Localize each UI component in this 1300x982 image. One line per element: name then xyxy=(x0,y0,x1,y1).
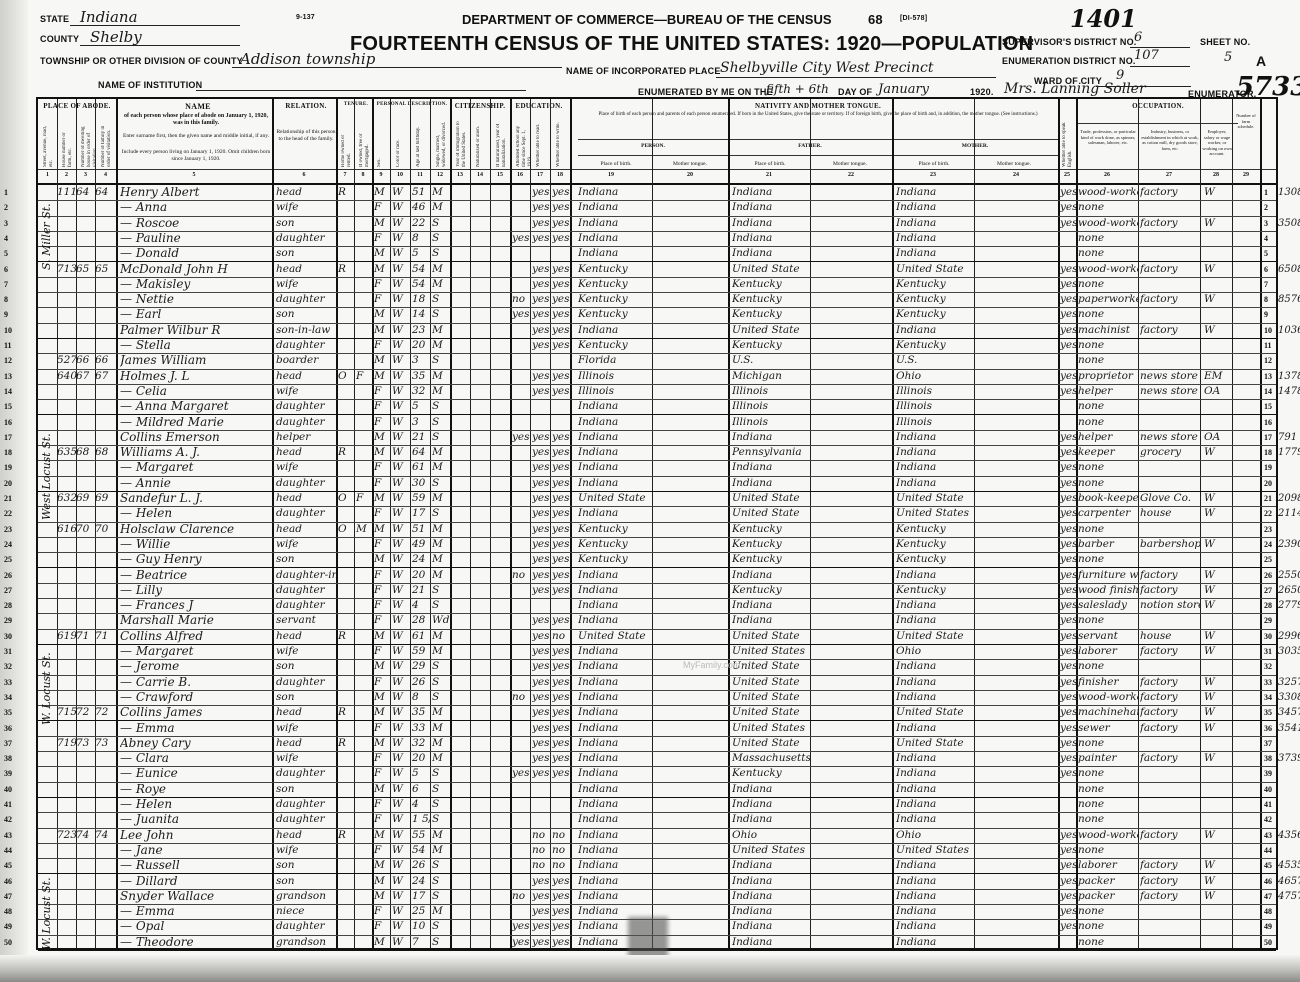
marital-status: M xyxy=(432,736,450,751)
ed-label: ENUMERATION DISTRICT NO. xyxy=(1002,56,1136,66)
mortgage xyxy=(356,185,372,200)
township-label: TOWNSHIP OR OTHER DIVISION OF COUNTY xyxy=(40,56,243,66)
race: W xyxy=(392,537,410,552)
can-write: yes xyxy=(552,583,570,598)
industry xyxy=(1140,338,1200,353)
mother-birthplace: Indiana xyxy=(896,659,974,674)
worker-class xyxy=(1204,552,1232,567)
table-row: — MargaretwifeFW59MyesyesIndianaUnited S… xyxy=(38,644,1276,660)
house-number xyxy=(57,307,76,322)
mother-birthplace: United State xyxy=(896,705,974,720)
house-number xyxy=(57,200,76,215)
mother-birthplace: Indiana xyxy=(896,782,974,797)
dwelling-number xyxy=(76,659,95,674)
family-number xyxy=(95,430,116,445)
relation: son xyxy=(276,690,336,705)
table-row: 7197373Abney CaryheadRMW32MyesyesIndiana… xyxy=(38,736,1276,752)
speaks-english: yes xyxy=(1060,445,1076,460)
mother-birthplace: Kentucky xyxy=(896,537,974,552)
trade: carpenter xyxy=(1078,506,1138,521)
marital-status: S xyxy=(432,231,450,246)
trade: paperworker xyxy=(1078,292,1138,307)
line-number-left: 6 xyxy=(4,265,8,274)
father-birthplace: Ohio xyxy=(732,828,810,843)
mortgage xyxy=(356,797,372,812)
father-birthplace: Indiana xyxy=(732,889,810,904)
father-birth-header: Place of birth. xyxy=(730,161,810,168)
department-title: DEPARTMENT OF COMMERCE—BUREAU OF THE CEN… xyxy=(462,12,832,27)
mortgage xyxy=(356,583,372,598)
industry xyxy=(1140,782,1200,797)
person-name: — Frances J xyxy=(120,598,272,613)
age: 46 xyxy=(412,200,430,215)
age: 3 xyxy=(412,353,430,368)
mother-birthplace: Indiana xyxy=(896,430,974,445)
speaks-english: yes xyxy=(1060,292,1076,307)
birthplace: Indiana xyxy=(578,659,652,674)
school-attendance xyxy=(512,460,530,475)
race: W xyxy=(392,919,410,934)
line-number: 13 xyxy=(1264,372,1272,381)
group-name: NAME xyxy=(128,102,268,111)
relation: head xyxy=(276,522,336,537)
column-number: 4 xyxy=(95,172,116,178)
age: 8 xyxy=(412,231,430,246)
race: W xyxy=(392,568,410,583)
person-name: Marshall Marie xyxy=(120,613,272,628)
can-read: yes xyxy=(532,200,550,215)
birthplace: Indiana xyxy=(578,766,652,781)
relation: daughter xyxy=(276,797,336,812)
birthplace: United State xyxy=(578,491,652,506)
family-number xyxy=(95,858,116,873)
family-number xyxy=(95,216,116,231)
form-number: 9-137 xyxy=(296,14,315,21)
table-row: Collins EmersonhelperMW21SyesyesyesIndia… xyxy=(38,430,1276,446)
marital-status: S xyxy=(432,889,450,904)
birthplace: Indiana xyxy=(578,583,652,598)
occupation-code xyxy=(1278,522,1300,537)
trade: none xyxy=(1078,399,1138,414)
worker-class xyxy=(1204,613,1232,628)
birthplace: United State xyxy=(578,629,652,644)
can-read: yes xyxy=(532,277,550,292)
can-write xyxy=(552,598,570,613)
trade: laborer xyxy=(1078,644,1138,659)
industry: news store xyxy=(1140,384,1200,399)
person-name: — Beatrice xyxy=(120,568,272,583)
can-write xyxy=(552,782,570,797)
column-header: If owned, free or mortgaged. xyxy=(359,121,371,167)
marital-status: M xyxy=(432,537,450,552)
line-number: 36 xyxy=(1264,724,1272,733)
can-write: yes xyxy=(552,537,570,552)
marital-status: S xyxy=(432,307,450,322)
race: W xyxy=(392,797,410,812)
person-tongue-header: Mother tongue. xyxy=(654,161,726,168)
worker-class xyxy=(1204,843,1232,858)
occupation-code: 3308 xyxy=(1278,690,1300,705)
person-name: — Mildred Marie xyxy=(120,415,272,430)
worker-class: EM xyxy=(1204,369,1232,384)
sex: M xyxy=(374,445,390,460)
birthplace: Florida xyxy=(578,353,652,368)
mother-tongue-header: Mother tongue. xyxy=(974,161,1054,168)
industry: factory xyxy=(1140,874,1200,889)
worker-class: W xyxy=(1204,629,1232,644)
occupation-code: 2098 xyxy=(1278,491,1300,506)
table-row: — NettiedaughterFW18SnoyesyesKentuckyKen… xyxy=(38,292,1276,308)
relation: daughter xyxy=(276,583,336,598)
line-number-left: 37 xyxy=(4,739,12,748)
family-number xyxy=(95,537,116,552)
sex: M xyxy=(374,782,390,797)
speaks-english: yes xyxy=(1060,506,1076,521)
county-label: COUNTY xyxy=(40,34,79,44)
dwelling-number: 67 xyxy=(76,369,95,384)
home-owned: R xyxy=(338,445,354,460)
industry xyxy=(1140,935,1200,950)
mortgage xyxy=(356,935,372,950)
home-owned xyxy=(338,675,354,690)
house-number: 719 xyxy=(57,736,76,751)
table-row: — AnnawifeFW46MyesyesIndianaIndianaIndia… xyxy=(38,200,1276,216)
line-number: 48 xyxy=(1264,907,1272,916)
worker-class: W xyxy=(1204,889,1232,904)
trade: none xyxy=(1078,200,1138,215)
age: 61 xyxy=(412,629,430,644)
dwelling-number xyxy=(76,231,95,246)
table-row: — RoscoesonMW22SyesyesIndianaIndianaIndi… xyxy=(38,216,1276,232)
race: W xyxy=(392,185,410,200)
speaks-english: yes xyxy=(1060,613,1076,628)
worker-class: OA xyxy=(1204,430,1232,445)
age: 20 xyxy=(412,568,430,583)
father-birthplace: Indiana xyxy=(732,200,810,215)
mortgage xyxy=(356,415,372,430)
marital-status: M xyxy=(432,369,450,384)
house-number xyxy=(57,598,76,613)
sex: M xyxy=(374,246,390,261)
can-write: yes xyxy=(552,231,570,246)
birthplace: Indiana xyxy=(578,828,652,843)
dwelling-number xyxy=(76,277,95,292)
sex: F xyxy=(374,506,390,521)
marital-status: S xyxy=(432,583,450,598)
can-write: yes xyxy=(552,644,570,659)
marital-status: M xyxy=(432,491,450,506)
line-number: 32 xyxy=(1264,662,1272,671)
sex: F xyxy=(374,292,390,307)
marital-status: M xyxy=(432,828,450,843)
person-name: Holmes J. L xyxy=(120,369,272,384)
marital-status: M xyxy=(432,384,450,399)
can-write: yes xyxy=(552,522,570,537)
trade: none xyxy=(1078,231,1138,246)
family-number: 71 xyxy=(95,629,116,644)
line-number-left: 50 xyxy=(4,938,12,947)
person-name: — Anna xyxy=(120,200,272,215)
father-birthplace: Kentucky xyxy=(732,583,810,598)
house-number xyxy=(57,583,76,598)
mortgage xyxy=(356,246,372,261)
worker-class: W xyxy=(1204,828,1232,843)
mortgage xyxy=(356,277,372,292)
age: 30 xyxy=(412,476,430,491)
can-read: yes xyxy=(532,705,550,720)
person-name: — Roscoe xyxy=(120,216,272,231)
line-number-left: 13 xyxy=(4,372,12,381)
can-read xyxy=(532,812,550,827)
birthplace: Indiana xyxy=(578,613,652,628)
occupation-code: 1036 xyxy=(1278,323,1300,338)
dwelling-number xyxy=(76,858,95,873)
school-attendance xyxy=(512,659,530,674)
school-attendance xyxy=(512,246,530,261)
relation: daughter xyxy=(276,598,336,613)
mother-birthplace: United State xyxy=(896,491,974,506)
occupation-code: 3035 xyxy=(1278,644,1300,659)
column-header: Number of dwelling house in order of vis… xyxy=(81,121,99,167)
race: W xyxy=(392,292,410,307)
column-number: 6 xyxy=(272,172,336,178)
sex: F xyxy=(374,812,390,827)
age: 17 xyxy=(412,506,430,521)
house-number xyxy=(57,460,76,475)
line-number-left: 14 xyxy=(4,387,12,396)
line-number-left: 40 xyxy=(4,785,12,794)
race: W xyxy=(392,399,410,414)
speaks-english: yes xyxy=(1060,828,1076,843)
table-row: — DillardsonMW24SyesyesIndianaIndianaInd… xyxy=(38,874,1276,890)
can-write: yes xyxy=(552,277,570,292)
line-number-left: 3 xyxy=(4,219,8,228)
race: W xyxy=(392,445,410,460)
age: 59 xyxy=(412,644,430,659)
occupation-code xyxy=(1278,338,1300,353)
birthplace: Indiana xyxy=(578,185,652,200)
birthplace: Indiana xyxy=(578,445,652,460)
dwelling-number xyxy=(76,415,95,430)
can-write: yes xyxy=(552,262,570,277)
mortgage xyxy=(356,445,372,460)
race: W xyxy=(392,506,410,521)
sex: M xyxy=(374,262,390,277)
speaks-english: yes xyxy=(1060,843,1076,858)
age: 20 xyxy=(412,751,430,766)
occupation-code xyxy=(1278,246,1300,261)
worker-class xyxy=(1204,476,1232,491)
home-owned xyxy=(338,506,354,521)
birthplace: Indiana xyxy=(578,415,652,430)
house-number xyxy=(57,537,76,552)
house-number: 723 xyxy=(57,828,76,843)
trade: none xyxy=(1078,338,1138,353)
line-number: 8 xyxy=(1264,295,1268,304)
home-owned: R xyxy=(338,262,354,277)
age: 28 xyxy=(412,613,430,628)
worker-class xyxy=(1204,338,1232,353)
sex: F xyxy=(374,766,390,781)
mother-birthplace: U.S. xyxy=(896,353,974,368)
person-name: — Dillard xyxy=(120,874,272,889)
speaks-english xyxy=(1060,399,1076,414)
occupation-code xyxy=(1278,782,1300,797)
dwelling-number xyxy=(76,644,95,659)
worker-class xyxy=(1204,399,1232,414)
relation: wife xyxy=(276,460,336,475)
census-sheet: STATE Indiana COUNTY Shelby TOWNSHIP OR … xyxy=(0,0,1300,982)
race: W xyxy=(392,338,410,353)
industry xyxy=(1140,231,1200,246)
group-citizenship: CITIZENSHIP. xyxy=(450,102,510,110)
person-name: — Russell xyxy=(120,858,272,873)
school-attendance xyxy=(512,200,530,215)
birthplace: Indiana xyxy=(578,736,652,751)
industry xyxy=(1140,307,1200,322)
line-number: 20 xyxy=(1264,479,1272,488)
industry: factory xyxy=(1140,828,1200,843)
age: 22 xyxy=(412,216,430,231)
person-name: — Margaret xyxy=(120,460,272,475)
race: W xyxy=(392,766,410,781)
dwelling-number xyxy=(76,675,95,690)
relation: wife xyxy=(276,384,336,399)
race: W xyxy=(392,491,410,506)
speaks-english xyxy=(1060,231,1076,246)
line-number: 46 xyxy=(1264,877,1272,886)
relation: daughter xyxy=(276,506,336,521)
industry xyxy=(1140,812,1200,827)
marital-status: M xyxy=(432,445,450,460)
worker-class xyxy=(1204,919,1232,934)
home-owned xyxy=(338,904,354,919)
mother-birthplace: Indiana xyxy=(896,812,974,827)
speaks-english: yes xyxy=(1060,522,1076,537)
family-number xyxy=(95,904,116,919)
family-number xyxy=(95,231,116,246)
line-number: 31 xyxy=(1264,647,1272,656)
speaks-english: yes xyxy=(1060,323,1076,338)
industry: factory xyxy=(1140,185,1200,200)
mortgage xyxy=(356,552,372,567)
trade: furniture worker xyxy=(1078,568,1138,583)
marital-status: M xyxy=(432,904,450,919)
age: 21 xyxy=(412,583,430,598)
dwelling-number: 73 xyxy=(76,736,95,751)
can-write: yes xyxy=(552,690,570,705)
line-number: 15 xyxy=(1264,402,1272,411)
dwelling-number xyxy=(76,935,95,950)
birthplace: Kentucky xyxy=(578,338,652,353)
table-row: — EunicedaughterFW5SyesyesyesIndianaKent… xyxy=(38,766,1276,782)
race: W xyxy=(392,353,410,368)
table-row: — Guy HenrysonMW24MyesyesKentuckyKentuck… xyxy=(38,552,1276,568)
sex: M xyxy=(374,736,390,751)
sex: M xyxy=(374,858,390,873)
father-birthplace: Indiana xyxy=(732,782,810,797)
house-number: 527 xyxy=(57,353,76,368)
father-birthplace: Kentucky xyxy=(732,307,810,322)
age: 55 xyxy=(412,828,430,843)
can-write xyxy=(552,246,570,261)
father-birthplace: Kentucky xyxy=(732,338,810,353)
dwelling-number xyxy=(76,583,95,598)
mortgage xyxy=(356,782,372,797)
dwelling-number xyxy=(76,797,95,812)
dwelling-number xyxy=(76,889,95,904)
person-name: — Helen xyxy=(120,797,272,812)
mortgage xyxy=(356,736,372,751)
line-number: 38 xyxy=(1264,754,1272,763)
sex: F xyxy=(374,644,390,659)
trade: proprietor xyxy=(1078,369,1138,384)
father-birthplace: United State xyxy=(732,323,810,338)
table-row: — EarlsonMW14SyesyesyesKentuckyKentuckyK… xyxy=(38,307,1276,323)
house-number xyxy=(57,613,76,628)
birthplace: Indiana xyxy=(578,705,652,720)
dwelling-number: 69 xyxy=(76,491,95,506)
race: W xyxy=(392,460,410,475)
occupation-code: 1308 xyxy=(1278,185,1300,200)
school-attendance xyxy=(512,828,530,843)
ward-value: 9 xyxy=(1116,68,1124,83)
age: 64 xyxy=(412,445,430,460)
marital-status: M xyxy=(432,751,450,766)
family-number xyxy=(95,797,116,812)
relation: wife xyxy=(276,843,336,858)
column-number: 22 xyxy=(810,172,892,178)
home-owned xyxy=(338,568,354,583)
school-attendance xyxy=(512,262,530,277)
column-header: Number of family in order of visitation. xyxy=(101,121,113,167)
relation: daughter xyxy=(276,919,336,934)
can-write: yes xyxy=(552,736,570,751)
dwelling-number xyxy=(76,216,95,231)
relation: daughter xyxy=(276,476,336,491)
speaks-english: yes xyxy=(1060,858,1076,873)
ed-underline xyxy=(1130,66,1190,67)
father-birthplace: Indiana xyxy=(732,246,810,261)
house-number xyxy=(57,506,76,521)
occupation-code: 4657 xyxy=(1278,874,1300,889)
dwelling-number xyxy=(76,384,95,399)
birthplace: Indiana xyxy=(578,399,652,414)
line-number-left: 48 xyxy=(4,907,12,916)
mortgage xyxy=(356,690,372,705)
farm-schedule-header: Number of farm schedule. xyxy=(1234,113,1258,130)
can-write: yes xyxy=(552,430,570,445)
family-number xyxy=(95,782,116,797)
dwelling-number xyxy=(76,430,95,445)
relation: daughter-in-law xyxy=(276,568,336,583)
home-owned xyxy=(338,858,354,873)
mortgage xyxy=(356,338,372,353)
mortgage xyxy=(356,644,372,659)
sheet-side: A xyxy=(1256,53,1266,69)
speaks-english: yes xyxy=(1060,476,1076,491)
line-number: 44 xyxy=(1264,846,1272,855)
trade: none xyxy=(1078,613,1138,628)
house-number xyxy=(57,797,76,812)
sex: M xyxy=(374,659,390,674)
column-number: 9 xyxy=(372,172,390,178)
mother-birthplace: United State xyxy=(896,736,974,751)
can-read: yes xyxy=(532,690,550,705)
group-mother: MOTHER. xyxy=(892,143,1058,150)
table-row: — AnniedaughterFW30SyesyesIndianaIndiana… xyxy=(38,476,1276,492)
person-name: McDonald John H xyxy=(120,262,272,277)
